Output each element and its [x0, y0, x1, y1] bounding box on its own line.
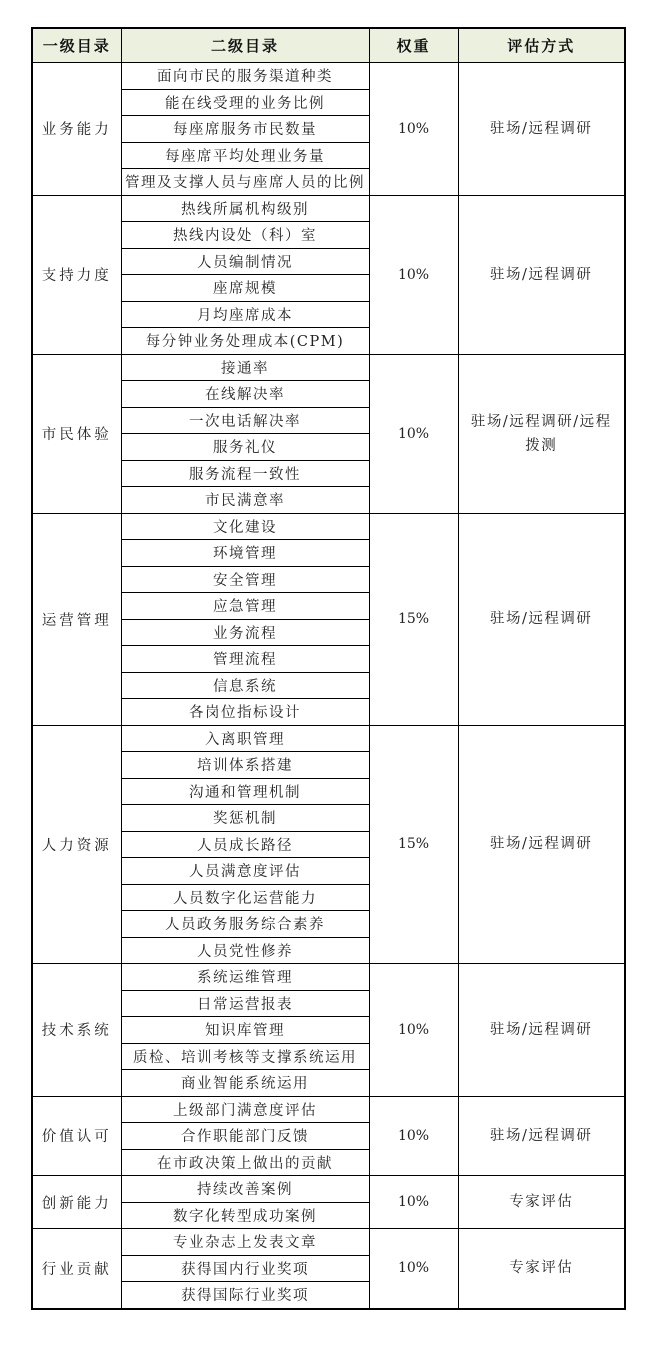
table-row: 技术系统系统运维管理10%驻场/远程调研: [32, 964, 625, 991]
level1-category: 价值认可: [32, 1096, 121, 1176]
level2-item: 月均座席成本: [121, 301, 369, 328]
header-row: 一级目录 二级目录 权重 评估方式: [32, 28, 625, 63]
evaluation-method: 驻场/远程调研: [458, 63, 625, 196]
table-row: 价值认可上级部门满意度评估10%驻场/远程调研: [32, 1096, 625, 1123]
level1-category: 行业贡献: [32, 1229, 121, 1309]
level1-category: 技术系统: [32, 964, 121, 1097]
level2-item: 文化建设: [121, 513, 369, 540]
level2-item: 商业智能系统运用: [121, 1070, 369, 1097]
header-level2: 二级目录: [121, 28, 369, 63]
level2-item: 知识库管理: [121, 1017, 369, 1044]
level2-item: 服务礼仪: [121, 434, 369, 461]
level2-item: 沟通和管理机制: [121, 778, 369, 805]
level1-category: 支持力度: [32, 195, 121, 354]
level1-category: 市民体验: [32, 354, 121, 513]
weight-value: 15%: [369, 513, 458, 725]
level2-item: 业务流程: [121, 619, 369, 646]
table-row: 支持力度热线所属机构级别10%驻场/远程调研: [32, 195, 625, 222]
level2-item: 每座席平均处理业务量: [121, 142, 369, 169]
level2-item: 每座席服务市民数量: [121, 116, 369, 143]
level2-item: 专业杂志上发表文章: [121, 1229, 369, 1256]
level2-item: 获得国际行业奖项: [121, 1282, 369, 1309]
table-row: 运营管理文化建设15%驻场/远程调研: [32, 513, 625, 540]
level2-item: 面向市民的服务渠道种类: [121, 63, 369, 90]
evaluation-method: 驻场/远程调研: [458, 513, 625, 725]
level2-item: 市民满意率: [121, 487, 369, 514]
weight-value: 10%: [369, 1229, 458, 1309]
level2-item: 在市政决策上做出的贡献: [121, 1149, 369, 1176]
level1-category: 人力资源: [32, 725, 121, 964]
level2-item: 管理及支撑人员与座席人员的比例: [121, 169, 369, 196]
level2-item: 上级部门满意度评估: [121, 1096, 369, 1123]
level2-item: 应急管理: [121, 593, 369, 620]
level2-item: 接通率: [121, 354, 369, 381]
level2-item: 热线所属机构级别: [121, 195, 369, 222]
level2-item: 人员政务服务综合素养: [121, 911, 369, 938]
level2-item: 培训体系搭建: [121, 752, 369, 779]
weight-value: 10%: [369, 1176, 458, 1229]
header-method: 评估方式: [458, 28, 625, 63]
level2-item: 座席规模: [121, 275, 369, 302]
level2-item: 在线解决率: [121, 381, 369, 408]
level2-item: 日常运营报表: [121, 990, 369, 1017]
evaluation-method: 专家评估: [458, 1229, 625, 1309]
level2-item: 服务流程一致性: [121, 460, 369, 487]
level1-category: 业务能力: [32, 63, 121, 196]
level1-category: 创新能力: [32, 1176, 121, 1229]
level2-item: 热线内设处（科）室: [121, 222, 369, 249]
weight-value: 10%: [369, 1096, 458, 1176]
level2-item: 获得国内行业奖项: [121, 1255, 369, 1282]
level2-item: 每分钟业务处理成本(CPM): [121, 328, 369, 355]
level2-item: 人员满意度评估: [121, 858, 369, 885]
header-level1: 一级目录: [32, 28, 121, 63]
header-weight: 权重: [369, 28, 458, 63]
level2-item: 人员党性修养: [121, 937, 369, 964]
level2-item: 管理流程: [121, 646, 369, 673]
level2-item: 人员成长路径: [121, 831, 369, 858]
table-row: 市民体验接通率10%驻场/远程调研/远程拨测: [32, 354, 625, 381]
evaluation-method: 专家评估: [458, 1176, 625, 1229]
table-row: 业务能力面向市民的服务渠道种类10%驻场/远程调研: [32, 63, 625, 90]
level2-item: 数字化转型成功案例: [121, 1202, 369, 1229]
level2-item: 能在线受理的业务比例: [121, 89, 369, 116]
level2-item: 入离职管理: [121, 725, 369, 752]
weight-value: 10%: [369, 964, 458, 1097]
level2-item: 信息系统: [121, 672, 369, 699]
level2-item: 各岗位指标设计: [121, 699, 369, 726]
evaluation-method: 驻场/远程调研/远程拨测: [458, 354, 625, 513]
weight-value: 10%: [369, 354, 458, 513]
table-row: 行业贡献专业杂志上发表文章10%专家评估: [32, 1229, 625, 1256]
level2-item: 合作职能部门反馈: [121, 1123, 369, 1150]
level2-item: 持续改善案例: [121, 1176, 369, 1203]
evaluation-method: 驻场/远程调研: [458, 1096, 625, 1176]
level2-item: 系统运维管理: [121, 964, 369, 991]
evaluation-method: 驻场/远程调研: [458, 725, 625, 964]
level2-item: 质检、培训考核等支撑系统运用: [121, 1043, 369, 1070]
level2-item: 人员数字化运营能力: [121, 884, 369, 911]
level2-item: 人员编制情况: [121, 248, 369, 275]
level2-item: 安全管理: [121, 566, 369, 593]
evaluation-method: 驻场/远程调研: [458, 964, 625, 1097]
level1-category: 运营管理: [32, 513, 121, 725]
level2-item: 环境管理: [121, 540, 369, 567]
weight-value: 15%: [369, 725, 458, 964]
table-row: 创新能力持续改善案例10%专家评估: [32, 1176, 625, 1203]
level2-item: 奖惩机制: [121, 805, 369, 832]
table-body: 业务能力面向市民的服务渠道种类10%驻场/远程调研能在线受理的业务比例每座席服务…: [32, 63, 625, 1309]
level2-item: 一次电话解决率: [121, 407, 369, 434]
evaluation-method: 驻场/远程调研: [458, 195, 625, 354]
weight-value: 10%: [369, 195, 458, 354]
evaluation-table: 一级目录 二级目录 权重 评估方式 业务能力面向市民的服务渠道种类10%驻场/远…: [31, 27, 626, 1310]
table-row: 人力资源入离职管理15%驻场/远程调研: [32, 725, 625, 752]
weight-value: 10%: [369, 63, 458, 196]
